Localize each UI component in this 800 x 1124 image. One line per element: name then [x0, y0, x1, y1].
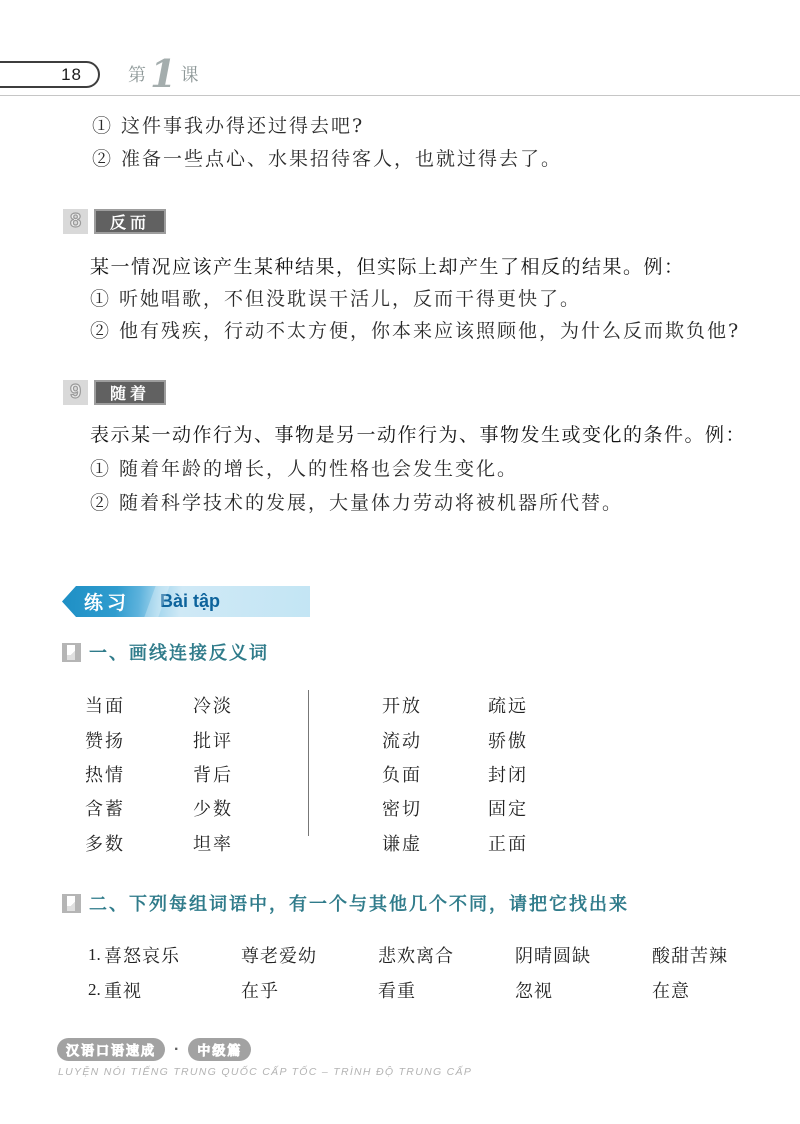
word-option: 看重 [378, 977, 515, 1003]
exercise-1-title: 一、画线连接反义词 [89, 639, 269, 665]
footer-separator-dot: · [174, 1041, 179, 1059]
word: 密切 [382, 795, 488, 821]
grammar-point-term: 反而 [94, 209, 166, 234]
intro-example-1: ① 这件事我办得还过得去吧? [92, 111, 364, 138]
word: 赞扬 [85, 727, 193, 753]
word: 背后 [193, 761, 233, 787]
word: 含蓄 [85, 795, 193, 821]
word: 少数 [193, 795, 233, 821]
word-option: 忽视 [515, 977, 652, 1003]
word-pair-row: 负面 封闭 [382, 757, 528, 791]
word-pair-row: 谦虚 正面 [382, 826, 528, 860]
word: 固定 [488, 795, 528, 821]
word: 冷淡 [193, 692, 233, 718]
grammar-point-8-header: 8 反而 [63, 209, 166, 234]
word-option: 喜怒哀乐 [104, 942, 241, 968]
word-option: 阴晴圆缺 [515, 942, 652, 968]
word-option: 在乎 [241, 977, 378, 1003]
lesson-number: 1 [150, 56, 176, 92]
exercise-marker-icon [62, 894, 81, 913]
word-option: 在意 [652, 977, 789, 1003]
exercise-2-items: 1. 喜怒哀乐 尊老爱幼 悲欢离合 阴晴圆缺 酸甜苦辣 2. 重视 在乎 看重 … [88, 937, 789, 1007]
word-pair-row: 热情 背后 [85, 757, 233, 791]
series-title: 汉语口语速成 [66, 1040, 156, 1059]
grammar-point-9-explanation: 表示某一动作行为、事物是另一动作行为、事物发生或变化的条件。例： [90, 420, 746, 447]
word-pair-row: 开放 疏远 [382, 688, 528, 722]
exercise-marker-icon [62, 643, 81, 662]
volume-label: 中级篇 [197, 1040, 242, 1059]
grammar-point-term: 随着 [94, 380, 166, 405]
word: 骄傲 [488, 727, 528, 753]
word-option: 尊老爱幼 [241, 942, 378, 968]
word: 坦率 [193, 830, 233, 856]
exercise-1-title-row: 一、画线连接反义词 [62, 639, 269, 665]
grammar-point-9-header: 9 随着 [63, 380, 166, 405]
grammar-point-8-example-2: ② 他有残疾，行动不太方便，你本来应该照顾他，为什么反而欺负他? [90, 316, 740, 343]
page-number-pill: 18 [0, 61, 100, 88]
grammar-point-8-example-1: ① 听她唱歌，不但没耽误干活儿，反而干得更快了。 [90, 284, 581, 311]
volume-badge: 中级篇 [188, 1038, 251, 1061]
word: 流动 [382, 727, 488, 753]
word: 疏远 [488, 692, 528, 718]
antonym-grid-right-group: 开放 疏远 流动 骄傲 负面 封闭 密切 固定 谦虚 正面 [382, 688, 528, 860]
intro-example-2: ② 准备一些点心、水果招待客人，也就过得去了。 [92, 144, 562, 171]
footer-vietnamese-subtitle: LUYỆN NÓI TIẾNG TRUNG QUỐC CẤP TỐC – TRÌ… [58, 1066, 472, 1078]
lesson-title: 第 1 课 [128, 56, 198, 92]
word-grid-divider [308, 690, 309, 836]
word: 批评 [193, 727, 233, 753]
word-option: 悲欢离合 [378, 942, 515, 968]
exercises-banner-vi-label: Bài tập [160, 591, 220, 612]
word-option: 酸甜苦辣 [652, 942, 789, 968]
word-pair-row: 当面 冷淡 [85, 688, 233, 722]
word-pair-row: 多数 坦率 [85, 826, 233, 860]
word-pair-row: 流动 骄傲 [382, 722, 528, 756]
antonym-grid-left-group: 当面 冷淡 赞扬 批评 热情 背后 含蓄 少数 多数 坦率 [85, 688, 233, 860]
word: 正面 [488, 830, 528, 856]
series-title-badge: 汉语口语速成 [57, 1038, 165, 1061]
header-rule [0, 95, 800, 96]
exercises-banner-zh-label: 练习 [84, 588, 130, 615]
lesson-label-suffix: 课 [180, 58, 198, 92]
word: 开放 [382, 692, 488, 718]
word: 当面 [85, 692, 193, 718]
word: 谦虚 [382, 830, 488, 856]
word-pair-row: 密切 固定 [382, 791, 528, 825]
grammar-point-9-example-1: ① 随着年龄的增长，人的性格也会发生变化。 [90, 454, 518, 481]
textbook-page: 18 第 1 课 ① 这件事我办得还过得去吧? ② 准备一些点心、水果招待客人，… [0, 0, 800, 1124]
grammar-point-9-example-2: ② 随着科学技术的发展，大量体力劳动将被机器所代替。 [90, 488, 623, 515]
word-pair-row: 赞扬 批评 [85, 722, 233, 756]
grammar-point-number-badge: 9 [63, 380, 88, 405]
word-option: 重视 [104, 977, 241, 1003]
word: 热情 [85, 761, 193, 787]
exercise-2-row: 1. 喜怒哀乐 尊老爱幼 悲欢离合 阴晴圆缺 酸甜苦辣 [88, 937, 789, 972]
lesson-label-prefix: 第 [128, 58, 146, 92]
footer: 汉语口语速成 · 中级篇 [57, 1038, 251, 1061]
word-pair-row: 含蓄 少数 [85, 791, 233, 825]
exercises-banner: 练习 Bài tập [62, 586, 310, 617]
item-number: 1. [88, 945, 104, 965]
word: 负面 [382, 761, 488, 787]
exercise-2-title: 二、下列每组词语中，有一个与其他几个不同，请把它找出来 [89, 890, 629, 916]
page-number: 18 [61, 65, 82, 85]
word: 封闭 [488, 761, 528, 787]
item-number: 2. [88, 980, 104, 1000]
grammar-point-number-badge: 8 [63, 209, 88, 234]
word: 多数 [85, 830, 193, 856]
exercise-2-row: 2. 重视 在乎 看重 忽视 在意 [88, 972, 789, 1007]
exercise-2-title-row: 二、下列每组词语中，有一个与其他几个不同，请把它找出来 [62, 890, 629, 916]
grammar-point-8-explanation: 某一情况应该产生某种结果，但实际上却产生了相反的结果。例： [90, 252, 685, 279]
